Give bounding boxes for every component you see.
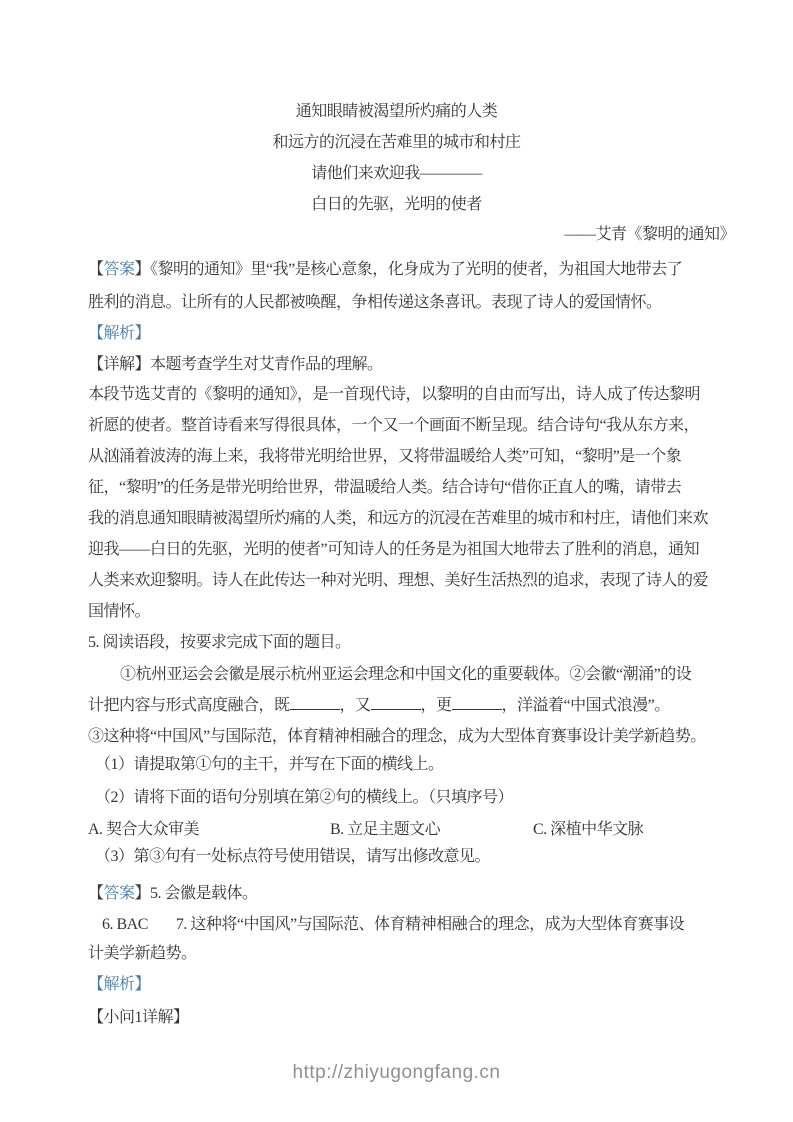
analysis4-para-line: 国情怀。 — [88, 596, 705, 627]
answer4-line-1: 【答案】《黎明的通知》里“我”是核心意象，化身成为了光明的使者，为祖国大地带去了 — [88, 254, 705, 285]
answer6-value: 6. BAC — [102, 916, 148, 933]
analysis4-para-line: 人类来欢迎黎明。诗人在此传达一种对光明、理想、美好生活热烈的追求，表现了诗人的爱 — [88, 565, 705, 596]
answer7-line-1: 7. 这种将“中国风”与国际范、体育精神相融合的理念，成为大型体育赛事设 — [176, 916, 684, 933]
answer7-line-2: 计美学新趋势。 — [88, 938, 705, 969]
question5-sentence-2: 计把内容与形式高度融合，既，又，更，洋溢着“中国式浪漫”。 — [88, 690, 705, 721]
detail-label: 【详解】 — [88, 356, 150, 373]
question5-sentence-3: ③这种将“中国风”与国际范，体育精神相融合的理念，成为大型体育赛事设计美学新趋势… — [88, 721, 705, 752]
question5-sub-3: （3）第③句有一处标点符号使用错误，请写出修改意见。 — [88, 841, 712, 872]
detail4-intro-line: 【详解】本题考查学生对艾青作品的理解。 — [88, 349, 705, 380]
answer5-line: 【答案】5. 会徽是载体。 — [88, 878, 705, 909]
document-page: 通知眼睛被渴望所灼痛的人类 和远方的沉浸在苦难里的城市和村庄 请他们来欢迎我——… — [0, 0, 793, 1122]
poem-attribution: ——艾青《黎明的通知》 — [0, 219, 735, 250]
analysis4-para-line: 我的消息通知眼睛被渴望所灼痛的人类，和远方的沉浸在苦难里的城市和村庄，请他们来欢 — [88, 503, 705, 534]
question5-sub-1: （1）请提取第①句的主干，并写在下面的横线上。 — [88, 749, 712, 780]
analysis-label: 【解析】 — [88, 976, 150, 993]
analysis5-label-line: 【解析】 — [88, 969, 705, 1000]
analysis4-label-line: 【解析】 — [88, 318, 705, 349]
question5-sub-2: （2）请将下面的语句分别填在第②句的横线上。（只填序号） — [88, 782, 712, 813]
sentence2-part: ，洋溢着“中国式浪漫”。 — [502, 697, 670, 714]
answer4-text-1: 《黎明的通知》里“我”是核心意象，化身成为了光明的使者，为祖国大地带去了 — [150, 261, 682, 278]
answer-label: 【答案】 — [88, 885, 150, 902]
analysis-label: 【解析】 — [88, 325, 150, 342]
analysis4-para-line: 祈愿的使者。整首诗看来写得很具体，一个又一个画面不断呈现。结合诗句“我从东方来， — [88, 410, 705, 441]
fill-in-blank-2 — [371, 694, 421, 710]
detail4-intro: 本题考查学生对艾青作品的理解。 — [150, 356, 383, 373]
sentence2-part: ，又 — [340, 697, 371, 714]
poem-line-2: 和远方的沉浸在苦难里的城市和村庄 — [0, 127, 793, 158]
fill-in-blank-1 — [290, 694, 340, 710]
answer5-part1: 5. 会徽是载体。 — [150, 885, 258, 902]
answer4-line-2: 胜利的消息。让所有的人民都被唤醒，争相传递这条喜讯。表现了诗人的爱国情怀。 — [88, 287, 705, 318]
answer6-7-line: 6. BAC7. 这种将“中国风”与国际范、体育精神相融合的理念，成为大型体育赛… — [88, 909, 719, 940]
analysis4-para-line: 迎我——白日的先驱，光明的使者”可知诗人的任务是为祖国大地带去了胜利的消息，通知 — [88, 534, 705, 565]
fill-in-blank-3 — [452, 694, 502, 710]
analysis4-para-line: 征，“黎明”的任务是带光明给世界，带温暖给人类。结合诗句“借你正直人的嘴，请带去 — [88, 472, 705, 503]
sentence2-part: ，更 — [421, 697, 452, 714]
poem-line-4: 白日的先驱，光明的使者 — [0, 189, 793, 220]
option-a: A. 契合大众审美 — [88, 821, 199, 838]
sentence2-part: 计把内容与形式高度融合，既 — [88, 697, 290, 714]
poem-line-1: 通知眼睛被渴望所灼痛的人类 — [0, 96, 793, 127]
analysis4-para-line: 从汹涌着波涛的海上来，我将带光明给世界，又将带温暖给人类”可知，“黎明”是一个象 — [88, 441, 705, 472]
analysis4-para-line: 本段节选艾青的《黎明的通知》，是一首现代诗，以黎明的自由而写出，诗人成了传达黎明 — [88, 379, 705, 410]
subq1-detail-label: 【小问1详解】 — [88, 1002, 705, 1033]
question5-heading: 5. 阅读语段，按要求完成下面的题目。 — [88, 627, 705, 658]
poem-line-3: 请他们来欢迎我———— — [0, 158, 793, 189]
answer-label: 【答案】 — [88, 261, 150, 278]
watermark-url: http://zhiyugongfang.cn — [0, 1062, 793, 1084]
question5-sentence-1: ①杭州亚运会会徽是展示杭州亚运会理念和中国文化的重要载体。②会徽“潮涌”的设 — [88, 659, 737, 690]
